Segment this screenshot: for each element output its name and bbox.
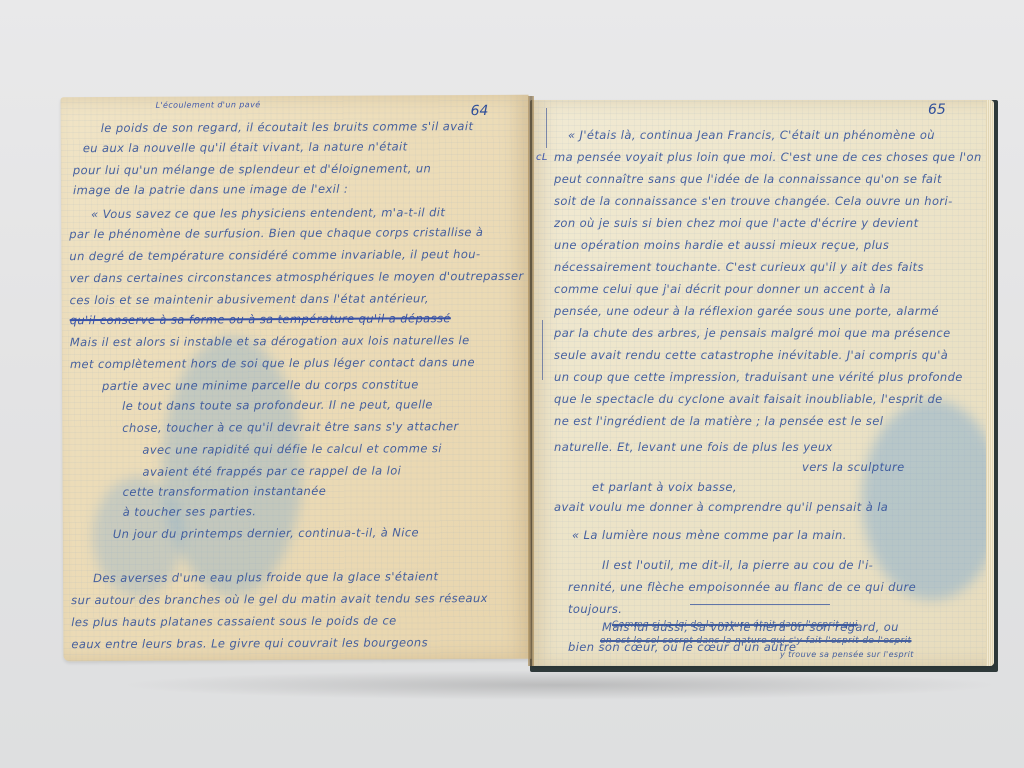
- text-line: cette transformation instantanée: [123, 484, 327, 499]
- margin-note: cL: [536, 152, 548, 163]
- left-page: 64 L'écoulement d'un pavé le poids de so…: [61, 95, 532, 661]
- text-line: le tout dans toute sa profondeur. Il ne …: [122, 397, 433, 413]
- text-line: que le spectacle du cyclone avait faisai…: [554, 392, 943, 406]
- text-line: toujours.: [568, 602, 622, 616]
- text-line: Un jour du printemps dernier, continua-t…: [113, 525, 419, 541]
- text-line: peut connaître sans que l'idée de la con…: [554, 172, 942, 186]
- text-line: pour lui qu'un mélange de splendeur et d…: [73, 161, 431, 177]
- book-spine-gutter: [528, 96, 534, 666]
- left-page-text: L'écoulement d'un pavé le poids de son r…: [61, 95, 529, 97]
- text-line: par la chute des arbres, je pensais malg…: [554, 326, 951, 340]
- text-line: Des averses d'une eau plus froide que la…: [93, 569, 438, 585]
- text-line: Mais il est alors si instable et sa déro…: [70, 333, 470, 349]
- struck-line: qu'il conserve à sa forme ou à sa tempér…: [70, 311, 451, 327]
- text-line: par le phénomène de surfusion. Bien que …: [69, 225, 483, 241]
- text-line: avaient été frappés par ce rappel de la …: [142, 463, 401, 478]
- text-line: les plus hauts platanes cassaient sous l…: [71, 613, 396, 629]
- text-line: eu aux la nouvelle qu'il était vivant, l…: [83, 139, 408, 155]
- book-shadow: [120, 670, 1000, 700]
- struck-footer-line: Comme si la loi de la nature était dans …: [612, 620, 858, 630]
- text-line: ver dans certaines circonstances atmosph…: [69, 269, 523, 285]
- text-line: rennité, une flèche empoisonnée au flanc…: [568, 580, 916, 594]
- section-divider: [690, 604, 830, 605]
- text-line: avec une rapidité qui défie le calcul et…: [142, 441, 442, 457]
- text-line: comme celui que j'ai décrit pour donner …: [554, 282, 891, 296]
- text-line: ces lois et se maintenir abusivement dan…: [70, 291, 429, 307]
- text-line: une opération moins hardie et aussi mieu…: [554, 238, 889, 252]
- text-line: seule avait rendu cette catastrophe inév…: [554, 348, 948, 362]
- text-line: met complètement hors de soi que le plus…: [70, 355, 475, 371]
- text-line: zon où je suis si bien chez moi que l'ac…: [554, 216, 919, 230]
- text-line: pensée, une odeur à la réflexion garée s…: [554, 304, 939, 318]
- page-number: 64: [471, 103, 489, 119]
- text-line: « La lumière nous mène comme par la main…: [572, 528, 847, 542]
- text-line: le poids de son regard, il écoutait les …: [101, 119, 474, 135]
- text-line: chose, toucher à ce qu'il devrait être s…: [122, 419, 458, 435]
- margin-bracket: [542, 320, 543, 380]
- struck-footer-line: en est le sel secret dans la nature qui …: [600, 636, 911, 646]
- text-line: « Vous savez ce que les physiciens enten…: [91, 205, 445, 221]
- text-line: à toucher ses parties.: [123, 504, 257, 519]
- margin-bracket: [546, 108, 547, 148]
- text-line: un degré de température considéré comme …: [69, 247, 480, 263]
- header-note: L'écoulement d'un pavé: [156, 100, 261, 110]
- text-line: avait voulu me donner à comprendre qu'il…: [554, 500, 888, 514]
- page-number: 65: [928, 102, 946, 118]
- footer-note: y trouve sa pensée sur l'esprit: [780, 650, 914, 659]
- text-line: vers la sculpture: [802, 460, 905, 474]
- text-line: sur autour des branches où le gel du mat…: [71, 591, 488, 607]
- text-line: naturelle. Et, levant une fois de plus l…: [554, 440, 833, 454]
- text-line: soit de la connaissance s'en trouve chan…: [554, 194, 953, 208]
- text-line: et parlant à voix basse,: [592, 480, 737, 494]
- text-line: Il est l'outil, me dit-il, la pierre au …: [602, 558, 873, 572]
- text-line: nécessairement touchante. C'est curieux …: [554, 260, 924, 274]
- text-line: « J'étais là, continua Jean Francis, C'é…: [568, 128, 935, 142]
- text-line: ne est l'ingrédient de la matière ; la p…: [554, 414, 883, 428]
- right-page: 65 cL « J'étais là, continua Jean Franci…: [532, 100, 994, 666]
- text-line: un coup que cette impression, traduisant…: [554, 370, 963, 384]
- text-line: image de la patrie dans une image de l'e…: [73, 182, 348, 197]
- text-line: ma pensée voyait plus loin que moi. C'es…: [554, 150, 994, 164]
- text-line: partie avec une minime parcelle du corps…: [102, 377, 419, 393]
- text-line: eaux entre leurs bras. Le givre qui couv…: [71, 635, 428, 651]
